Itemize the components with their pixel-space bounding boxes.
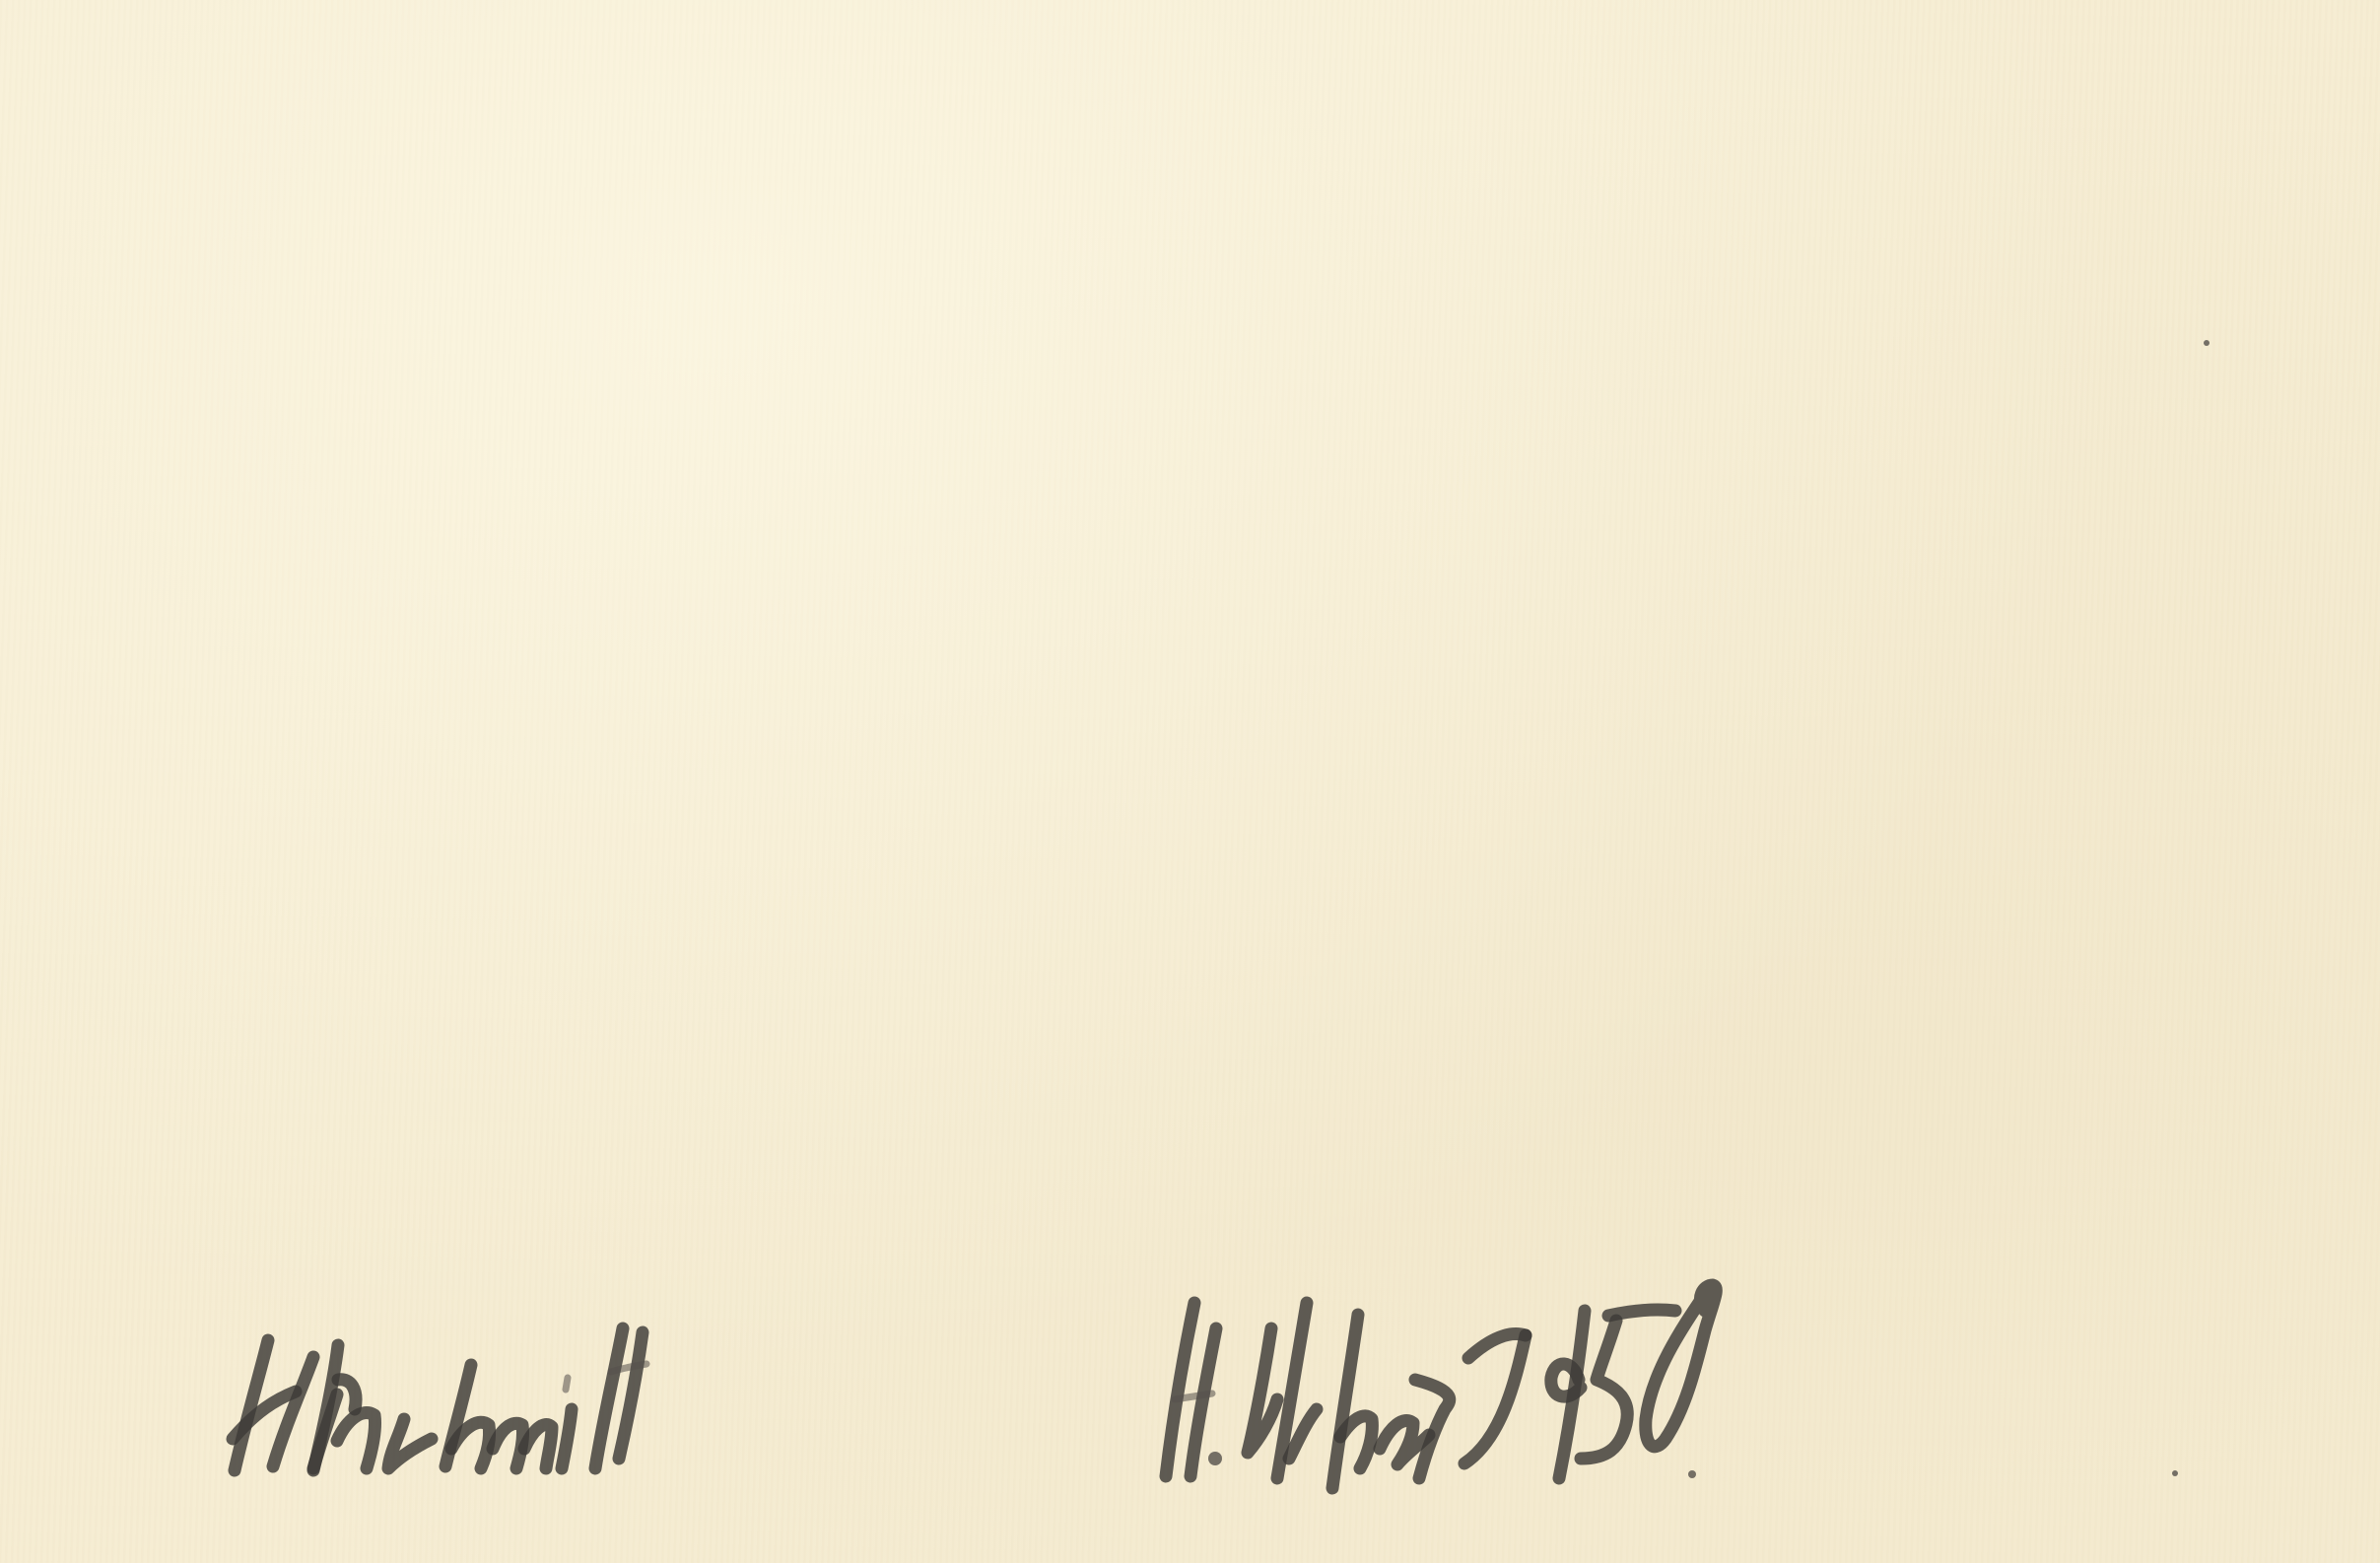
technique-label: Holzschnitt bbox=[227, 1360, 742, 1463]
year-label: 1958 bbox=[1468, 1360, 1694, 1463]
handwriting-strokes bbox=[0, 0, 2380, 1563]
pencil-inscription: Holzschnitt H. Weber 1958 bbox=[0, 0, 2380, 1563]
paper-specks bbox=[2172, 340, 2210, 1476]
